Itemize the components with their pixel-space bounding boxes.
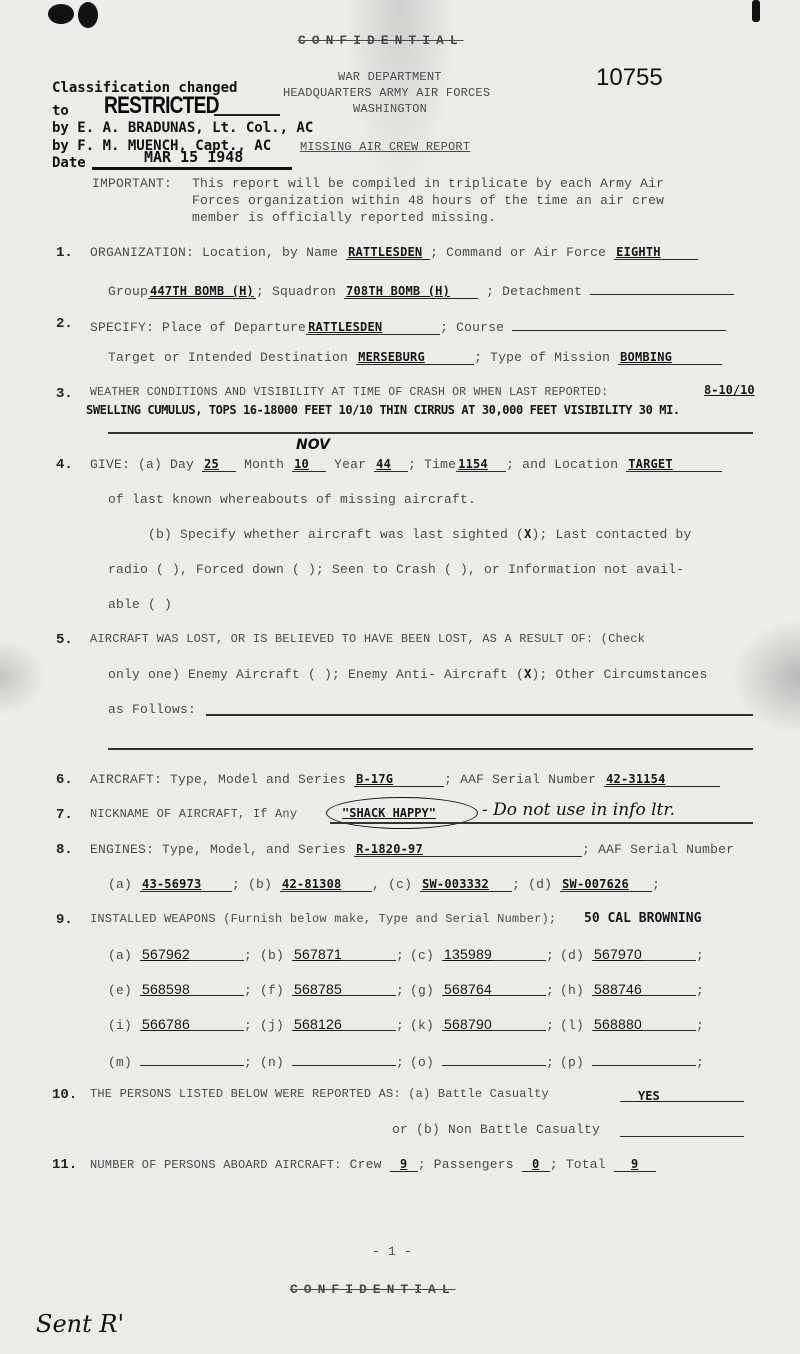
item7-number: 7. xyxy=(56,807,73,823)
item11-heading: NUMBER OF PERSONS ABOARD AIRCRAFT: xyxy=(90,1158,342,1172)
location-field-4[interactable]: TARGET xyxy=(626,457,722,472)
weapon-label: (i) xyxy=(108,1018,140,1033)
weapon-label: (n) xyxy=(260,1055,292,1070)
weapon-label: (g) xyxy=(410,983,442,998)
important-line2: Forces organization within 48 hours of t… xyxy=(192,193,664,208)
weapon-entry: (k) 568790; xyxy=(410,1016,554,1033)
item4-number: 4. xyxy=(56,457,73,473)
item1-row2: Group447TH BOMB (H); Squadron 708TH BOMB… xyxy=(108,280,734,299)
weapon-serial-field[interactable]: 135989 xyxy=(442,946,546,961)
weapon-serial-field[interactable]: 568598 xyxy=(140,981,244,996)
item3-heading: WEATHER CONDITIONS AND VISIBILITY AT TIM… xyxy=(90,386,608,399)
important-line1: This report will be compiled in triplica… xyxy=(192,176,664,191)
item4-b-line1: (b) Specify whether aircraft was last si… xyxy=(148,527,692,542)
crew-field[interactable]: 9 xyxy=(390,1157,418,1172)
item9-number: 9. xyxy=(56,912,73,928)
weapon-label: (a) xyxy=(108,948,140,963)
classification-bottom: CONFIDENTIAL xyxy=(290,1282,456,1297)
weapon-serial-field[interactable]: 568880 xyxy=(592,1016,696,1031)
item2-row1: SPECIFY: Place of DepartureRATTLESDEN; C… xyxy=(90,316,726,335)
item7-heading: NICKNAME OF AIRCRAFT, If Any xyxy=(90,807,297,821)
engine-type-label: Type, Model, and Series xyxy=(162,842,346,857)
weapon-entry: (o) ; xyxy=(410,1051,554,1070)
time-label: ; Time xyxy=(408,457,456,472)
weapon-serial-field[interactable] xyxy=(140,1051,244,1066)
weapon-serial-field[interactable]: 567962 xyxy=(140,946,244,961)
weapon-label: (p) xyxy=(560,1055,592,1070)
weapon-label: (o) xyxy=(410,1055,442,1070)
item10-number: 10. xyxy=(52,1087,77,1103)
month-handwritten: NOV xyxy=(296,437,330,453)
item1-heading: ORGANIZATION: xyxy=(90,245,194,260)
reclass-date-label: Date xyxy=(52,155,86,171)
weapon-label: (c) xyxy=(410,948,442,963)
location-field[interactable]: RATTLESDEN xyxy=(346,245,430,260)
weapon-serial-field[interactable]: 588746 xyxy=(592,981,696,996)
item6-number: 6. xyxy=(56,772,73,788)
weapon-entry: (a) 567962; xyxy=(108,946,252,963)
reclass-date-value: MAR 15 1948 xyxy=(144,148,243,166)
item9-heading: INSTALLED WEAPONS (Furnish below make, T… xyxy=(90,912,556,926)
weapon-serial-field[interactable] xyxy=(592,1051,696,1066)
weapon-serial-field[interactable]: 568785 xyxy=(292,981,396,996)
weapon-serial-field[interactable]: 568764 xyxy=(442,981,546,996)
engine-serial-label: ; AAF Serial Number xyxy=(582,842,734,857)
weapon-label: (j) xyxy=(260,1018,292,1033)
item3-number: 3. xyxy=(56,386,73,402)
total-field[interactable]: 9 xyxy=(614,1157,656,1172)
circumstances-field-line2[interactable] xyxy=(108,748,753,750)
item11-number: 11. xyxy=(52,1157,77,1173)
month-field[interactable]: 10 xyxy=(292,457,326,472)
important-label: IMPORTANT: xyxy=(92,176,172,191)
weapon-entry: (n) ; xyxy=(260,1051,404,1070)
ink-blot xyxy=(752,0,760,22)
engine-label: (d) xyxy=(528,877,560,892)
engine-serial-field[interactable]: SW-007626 xyxy=(560,877,652,892)
item2-row2: Target or Intended Destination MERSEBURG… xyxy=(108,350,722,365)
target-label: Target or Intended Destination xyxy=(108,350,348,365)
weapon-entry: (e) 568598; xyxy=(108,981,252,998)
item4-line2: of last known whereabouts of missing air… xyxy=(108,492,476,507)
engine-type-field[interactable]: R-1820-97 xyxy=(354,842,582,857)
ink-blot xyxy=(78,2,98,28)
weapon-serial-field[interactable]: 568126 xyxy=(292,1016,396,1031)
classification-top: CONFIDENTIAL xyxy=(298,33,464,48)
nickname-field[interactable]: "SHACK HAPPY" xyxy=(342,806,436,820)
group-field[interactable]: 447TH BOMB (H) xyxy=(148,284,256,299)
mission-label: ; Type of Mission xyxy=(474,350,610,365)
weapon-label: (h) xyxy=(560,983,592,998)
total-label: ; Total xyxy=(550,1157,606,1172)
month-label: Month xyxy=(244,457,284,472)
departure-field[interactable]: RATTLESDEN xyxy=(306,320,440,335)
year-label: Year xyxy=(334,457,366,472)
weapon-serial-field[interactable] xyxy=(292,1051,396,1066)
weapon-label: (d) xyxy=(560,948,592,963)
crew-label: Crew xyxy=(350,1157,382,1172)
departure-label: Place of Departure xyxy=(162,320,306,335)
item5-number: 5. xyxy=(56,632,73,648)
weapon-entry: (m) ; xyxy=(108,1051,252,1070)
engine-label: (a) xyxy=(108,877,140,892)
item4-row1: GIVE: (a) Day 25 Month 10 Year 44; Time1… xyxy=(90,457,722,472)
weapon-entry: (j) 568126; xyxy=(260,1016,404,1033)
weapon-entry: (b) 567871; xyxy=(260,946,404,963)
weather-value-line1[interactable]: 8-10/10 xyxy=(704,383,755,397)
weapon-entry: (l) 568880; xyxy=(560,1016,704,1033)
battle-casualty-field[interactable]: YES xyxy=(620,1087,744,1105)
engine-label: (b) xyxy=(248,877,280,892)
weapon-entry: (g) 568764; xyxy=(410,981,554,998)
item2-number: 2. xyxy=(56,316,73,332)
aircraft-serial-field[interactable]: 42-31154 xyxy=(604,772,720,787)
weapon-label: (f) xyxy=(260,983,292,998)
report-number: 10755 xyxy=(596,64,663,92)
reclass-to-line xyxy=(214,114,280,116)
important-line3: member is officially reported missing. xyxy=(192,210,496,225)
weapon-entry: (f) 568785; xyxy=(260,981,404,998)
non-battle-label: or (b) Non Battle Casualty xyxy=(392,1122,600,1137)
item11-row: NUMBER OF PERSONS ABOARD AIRCRAFT: Crew … xyxy=(90,1157,656,1172)
headquarters-heading: HEADQUARTERS ARMY AIR FORCES xyxy=(283,86,490,100)
item8-row1: ENGINES: Type, Model, and Series R-1820-… xyxy=(90,842,734,857)
weapon-entry: (h) 588746; xyxy=(560,981,704,998)
weapon-serial-field[interactable]: 566786 xyxy=(140,1016,244,1031)
aircraft-type-label: Type, Model and Series xyxy=(170,772,346,787)
engine-serial-field[interactable]: 43-56973 xyxy=(140,877,232,892)
reclass-date-line xyxy=(92,167,292,170)
item4-heading: GIVE: xyxy=(90,457,130,472)
item5-line2: only one) Enemy Aircraft ( ); Enemy Anti… xyxy=(108,667,708,682)
item1-number: 1. xyxy=(56,245,73,261)
sighted-checkbox[interactable]: X xyxy=(524,527,531,541)
reclass-restricted: RESTRICTED xyxy=(104,92,219,120)
aircraft-type-field[interactable]: B-17G xyxy=(354,772,444,787)
reclass-by1: by E. A. BRADUNAS, Lt. Col., AC xyxy=(52,120,313,136)
aircraft-serial-label: ; AAF Serial Number xyxy=(444,772,596,787)
engine-serial-field[interactable]: 42-81308 xyxy=(280,877,372,892)
mission-field[interactable]: BOMBING xyxy=(618,350,722,365)
weapon-entry: (c) 135989; xyxy=(410,946,554,963)
weapon-label: (k) xyxy=(410,1018,442,1033)
detachment-field[interactable] xyxy=(590,280,734,295)
weapon-label: (m) xyxy=(108,1055,140,1070)
reclass-to-label: to xyxy=(52,103,69,119)
target-field[interactable]: MERSEBURG xyxy=(356,350,474,365)
course-label: ; Course xyxy=(440,320,504,335)
item4-b-line2: radio ( ), Forced down ( ); Seen to Cras… xyxy=(108,562,684,577)
engine-serial-field[interactable]: SW-003332 xyxy=(420,877,512,892)
item1-row1: ORGANIZATION: Location, by Name RATTLESD… xyxy=(90,245,698,260)
handwritten-initials: Sent R' xyxy=(36,1310,124,1338)
detachment-label: ; Detachment xyxy=(486,284,582,299)
engine-serials: (a) 43-56973; (b) 42-81308, (c) SW-00333… xyxy=(108,877,660,892)
day-field[interactable]: 25 xyxy=(202,457,236,472)
weather-blank-line xyxy=(108,432,753,434)
ink-blot xyxy=(48,4,74,24)
course-field[interactable] xyxy=(512,316,726,331)
weapon-label: (l) xyxy=(560,1018,592,1033)
command-label: ; Command or Air Force xyxy=(430,245,606,260)
location-label-4: ; and Location xyxy=(506,457,618,472)
passengers-label: ; Passengers xyxy=(418,1157,514,1172)
weapons-make[interactable]: 50 CAL BROWNING xyxy=(584,911,701,926)
weapon-entry: (d) 567970; xyxy=(560,946,704,963)
city-heading: WASHINGTON xyxy=(353,102,427,116)
group-label: Group xyxy=(108,284,148,299)
command-field[interactable]: EIGHTH xyxy=(614,245,698,260)
weapon-label: (b) xyxy=(260,948,292,963)
item2-heading: SPECIFY: xyxy=(90,320,154,335)
squadron-label: ; Squadron xyxy=(256,284,336,299)
non-battle-field[interactable] xyxy=(620,1122,744,1142)
department-heading: WAR DEPARTMENT xyxy=(338,70,442,84)
page-number: - 1 - xyxy=(372,1244,412,1259)
item10-heading: THE PERSONS LISTED BELOW WERE REPORTED A… xyxy=(90,1087,549,1101)
item6-heading: AIRCRAFT: xyxy=(90,772,162,787)
time-field[interactable]: 1154 xyxy=(456,457,506,472)
item5-heading: AIRCRAFT WAS LOST, OR IS BELIEVED TO HAV… xyxy=(90,632,645,646)
circumstances-field[interactable] xyxy=(206,714,753,716)
weapon-serial-field[interactable]: 567970 xyxy=(592,946,696,961)
engine-label: (c) xyxy=(388,877,420,892)
item8-heading: ENGINES: xyxy=(90,842,154,857)
handwritten-note: - Do not use in info ltr. xyxy=(482,800,675,820)
weather-value-line2[interactable]: SWELLING CUMULUS, TOPS 16-18000 FEET 10/… xyxy=(86,403,680,417)
location-label: Location, by Name xyxy=(202,245,338,260)
weapon-entry: (i) 566786; xyxy=(108,1016,252,1033)
year-field[interactable]: 44 xyxy=(374,457,408,472)
item6-row: AIRCRAFT: Type, Model and Series B-17G; … xyxy=(90,772,720,787)
item4-b-line3: able ( ) xyxy=(108,597,172,612)
weapon-serial-field[interactable] xyxy=(442,1051,546,1066)
nickname-line xyxy=(330,822,753,824)
passengers-field[interactable]: 0 xyxy=(522,1157,550,1172)
weapon-label: (e) xyxy=(108,983,140,998)
anti-aircraft-checkbox[interactable]: X xyxy=(524,667,531,681)
day-label: (a) Day xyxy=(138,457,194,472)
report-title: MISSING AIR CREW REPORT xyxy=(300,140,470,154)
weapon-serial-field[interactable]: 567871 xyxy=(292,946,396,961)
item8-number: 8. xyxy=(56,842,73,858)
weapon-serial-field[interactable]: 568790 xyxy=(442,1016,546,1031)
weapon-entry: (p) ; xyxy=(560,1051,704,1070)
document-page: CONFIDENTIAL WAR DEPARTMENT HEADQUARTERS… xyxy=(0,0,800,1354)
item5-line3: as Follows: xyxy=(108,702,196,717)
squadron-field[interactable]: 708TH BOMB (H) xyxy=(344,284,478,299)
